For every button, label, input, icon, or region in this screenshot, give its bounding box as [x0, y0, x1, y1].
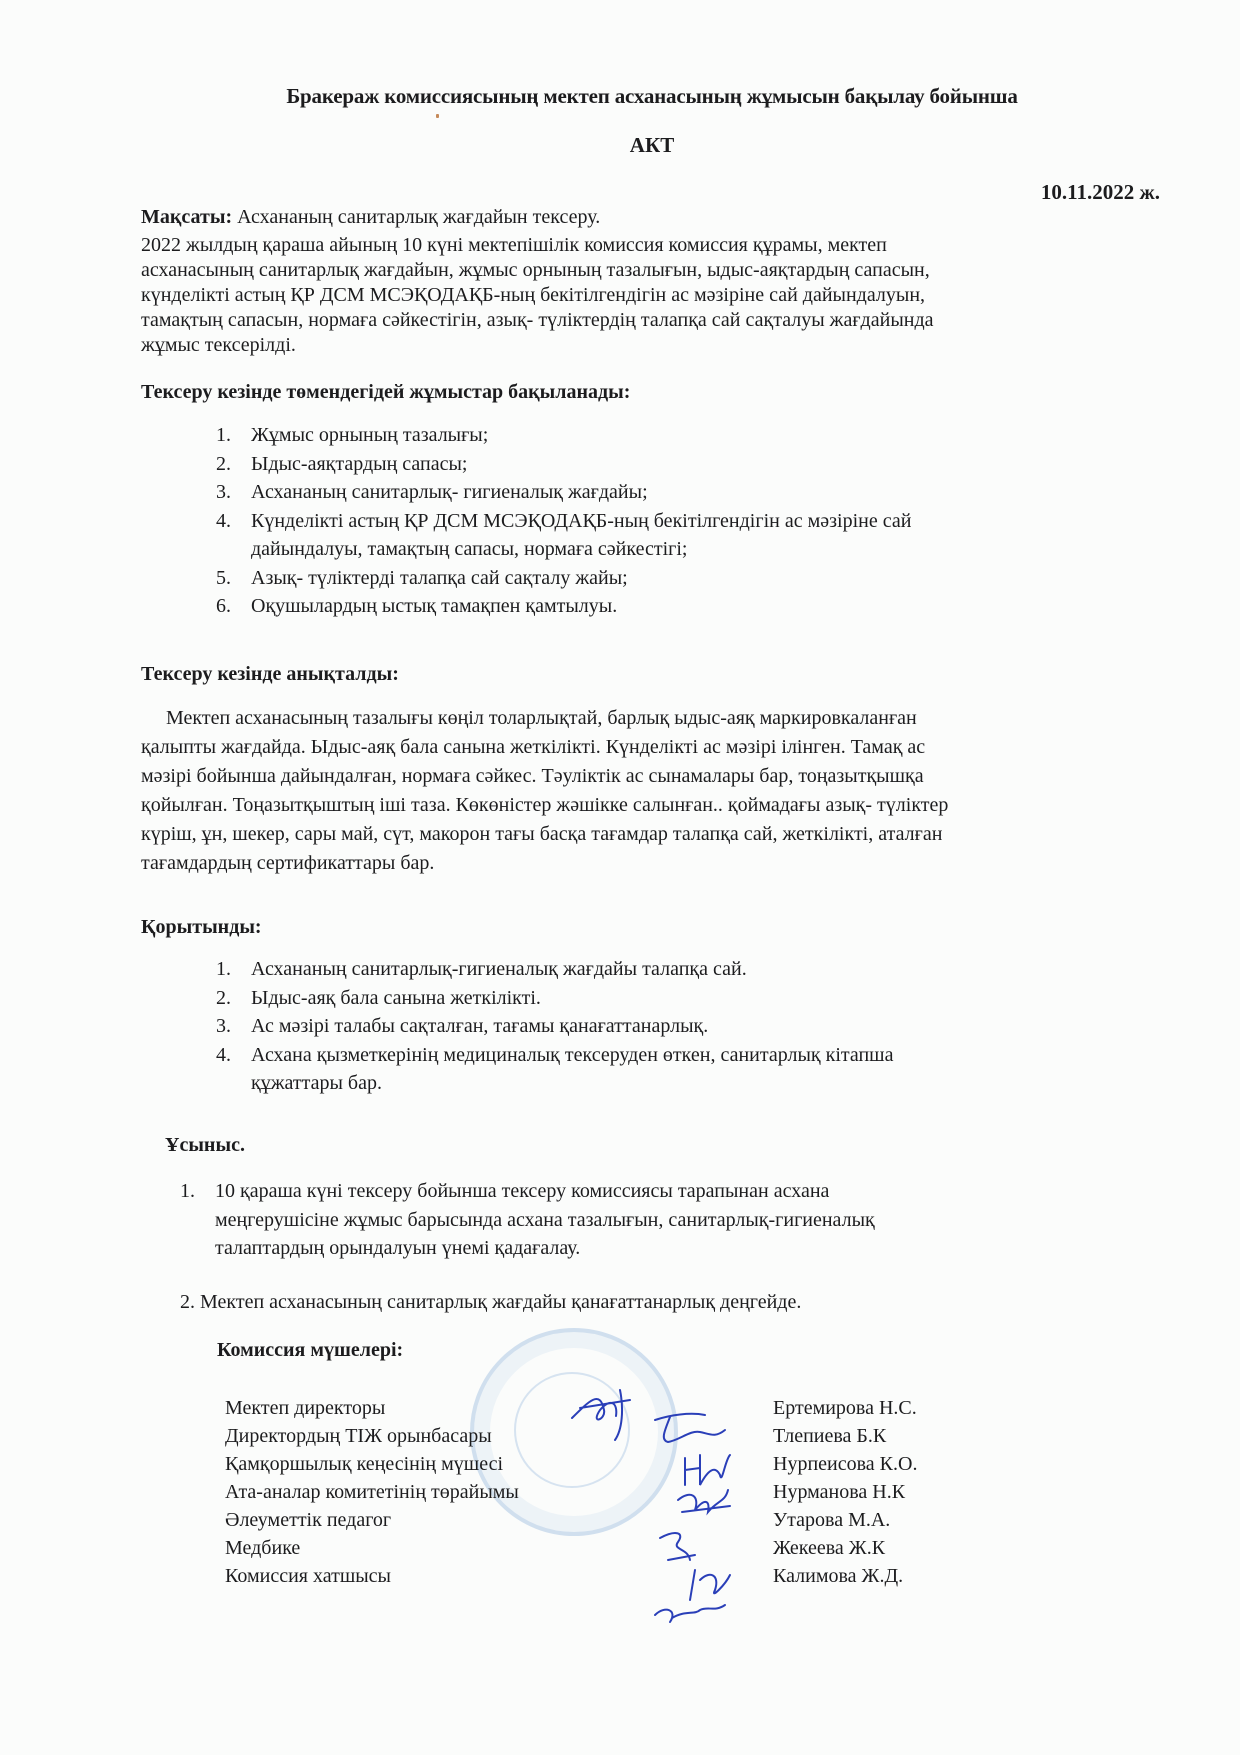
- item-text: Оқушылардың ыстық тамақпен қамтылуы.: [251, 595, 617, 617]
- intro-line: жұмыс тексерілді.: [141, 333, 1121, 358]
- item-number: 1.: [216, 421, 231, 450]
- findings-line: мәзірі бойынша дайындалған, нормаға сәйк…: [141, 762, 1126, 791]
- findings-paragraph: Мектеп асханасының тазалығы көңіл толарл…: [141, 704, 1126, 878]
- purpose-text: Асхананың санитарлық жағдайын тексеру.: [232, 206, 600, 228]
- item-number: 6.: [216, 592, 231, 621]
- check-item: 5.Азық- түліктерді талапқа сай сақталу ж…: [216, 564, 1096, 593]
- member-role: Медбике: [225, 1534, 300, 1562]
- item-text: Асхананың санитарлық-гигиеналық жағдайы …: [251, 958, 747, 980]
- item-number: 4.: [216, 507, 231, 536]
- item-text: дайындалуы, тамақтың сапасы, нормаға сәй…: [251, 535, 1096, 564]
- member-name: Утарова М.А.: [773, 1506, 890, 1534]
- member-name: Нурманова Н.К: [773, 1478, 905, 1506]
- member-name: Ертемирова Н.С.: [773, 1394, 917, 1422]
- item-text: құжаттары бар.: [251, 1069, 1096, 1098]
- item-text: Ыдыс-аяқ бала санына жеткілікті.: [251, 987, 541, 1009]
- member-role: Мектеп директоры: [225, 1394, 385, 1422]
- item-text: Асхананың санитарлық- гигиеналық жағдайы…: [251, 481, 648, 503]
- proposal-item: 1.10 қараша күні тексеру бойынша тексеру…: [180, 1177, 1060, 1263]
- intro-line: күнделікті астың ҚР ДСМ МСЭҚОДАҚБ-ның бе…: [141, 283, 1121, 308]
- findings-line: күріш, ұн, шекер, сары май, сүт, макорон…: [141, 820, 1126, 849]
- intro-line: 2022 жылдың қараша айының 10 күні мектеп…: [141, 233, 1121, 258]
- findings-line: қойылған. Тоңазытқыштың іші таза. Көкөні…: [141, 791, 1126, 820]
- check-item: 4.Күнделікті астың ҚР ДСМ МСЭҚОДАҚБ-ның …: [216, 507, 1096, 564]
- item-number: 2.: [216, 450, 231, 479]
- member-role: Әлеуметтік педагог: [225, 1506, 391, 1534]
- scan-artifact: [436, 114, 439, 118]
- proposal-heading: Ұсыныс.: [165, 1133, 1165, 1158]
- item-number: 1.: [216, 955, 231, 984]
- scanned-document-page: Бракераж комиссиясының мектеп асханасыны…: [0, 0, 1240, 1755]
- item-text: 10 қараша күні тексеру бойынша тексеру к…: [215, 1177, 1060, 1206]
- item-number: 3.: [216, 1012, 231, 1041]
- conclusion-item: 1.Асхананың санитарлық-гигиеналық жағдай…: [216, 955, 1096, 984]
- findings-line: Мектеп асханасының тазалығы көңіл толарл…: [141, 704, 1126, 733]
- item-number: 3.: [216, 478, 231, 507]
- conclusion-item: 2.Ыдыс-аяқ бала санына жеткілікті.: [216, 984, 1096, 1013]
- conclusion-item: 4.Асхана қызметкерінің медициналық тексе…: [216, 1041, 1096, 1098]
- intro-line: тамақтың сапасын, нормаға сәйкестігін, а…: [141, 308, 1121, 333]
- item-number: 1.: [180, 1177, 195, 1206]
- conclusion-list: 1.Асхананың санитарлық-гигиеналық жағдай…: [216, 955, 1096, 1098]
- check-item: 1.Жұмыс орнының тазалығы;: [216, 421, 1096, 450]
- document-date: 10.11.2022 ж.: [1041, 180, 1160, 205]
- proposal-item-1: 1.10 қараша күні тексеру бойынша тексеру…: [180, 1177, 1060, 1263]
- signatures-icon: [560, 1360, 790, 1630]
- document-subtitle: АКТ: [32, 133, 1240, 158]
- item-number: 2.: [216, 984, 231, 1013]
- member-role: Ата-аналар комитетінің төрайымы: [225, 1478, 519, 1506]
- findings-line-text: Мектеп асханасының тазалығы көңіл толарл…: [166, 707, 917, 729]
- item-text: Күнделікті астың ҚР ДСМ МСЭҚОДАҚБ-ның бе…: [251, 507, 1096, 536]
- purpose-label: Мақсаты:: [141, 206, 232, 228]
- item-text: Ас мәзірі талабы сақталған, тағамы қанағ…: [251, 1015, 708, 1037]
- member-role: Директордың ТІЖ орынбасары: [225, 1422, 492, 1450]
- item-text: меңгерушісіне жұмыс барысында асхана таз…: [215, 1206, 1060, 1235]
- conclusion-item: 3.Ас мәзірі талабы сақталған, тағамы қан…: [216, 1012, 1096, 1041]
- item-text: Асхана қызметкерінің медициналық тексеру…: [251, 1041, 1096, 1070]
- document-title: Бракераж комиссиясының мектеп асханасыны…: [32, 84, 1240, 109]
- check-item: 2.Ыдыс-аяқтардың сапасы;: [216, 450, 1096, 479]
- proposal-item-2: 2. Мектеп асханасының санитарлық жағдайы…: [180, 1290, 1180, 1315]
- member-role: Қамқоршылық кеңесінің мүшесі: [225, 1450, 503, 1478]
- findings-line: тағамдардың сертификаттары бар.: [141, 849, 1126, 878]
- intro-line: асханасының санитарлық жағдайын, жұмыс о…: [141, 258, 1121, 283]
- member-name: Нурпеисова К.О.: [773, 1450, 917, 1478]
- item-text: Ыдыс-аяқтардың сапасы;: [251, 453, 467, 475]
- checks-heading: Тексеру кезінде төмендегідей жұмыстар ба…: [141, 380, 1141, 405]
- item-text: талаптардың орындалуын үнемі қадағалау.: [215, 1234, 1060, 1263]
- item-text: Жұмыс орнының тазалығы;: [251, 424, 488, 446]
- checks-list: 1.Жұмыс орнының тазалығы; 2.Ыдыс-аяқтард…: [216, 421, 1096, 621]
- intro-paragraph: 2022 жылдың қараша айының 10 күні мектеп…: [141, 233, 1121, 358]
- item-number: 5.: [216, 564, 231, 593]
- item-text: Азық- түліктерді талапқа сай сақталу жай…: [251, 567, 628, 589]
- member-role: Комиссия хатшысы: [225, 1562, 391, 1590]
- check-item: 6.Оқушылардың ыстық тамақпен қамтылуы.: [216, 592, 1096, 621]
- conclusion-heading: Қорытынды:: [141, 915, 1141, 940]
- check-item: 3.Асхананың санитарлық- гигиеналық жағда…: [216, 478, 1096, 507]
- member-name: Калимова Ж.Д.: [773, 1562, 903, 1590]
- item-number: 4.: [216, 1041, 231, 1070]
- findings-line: қалыпты жағдайда. Ыдыс-аяқ бала санына ж…: [141, 733, 1126, 762]
- purpose-line: Мақсаты: Асхананың санитарлық жағдайын т…: [141, 205, 1141, 230]
- findings-heading: Тексеру кезінде анықталды:: [141, 662, 1141, 687]
